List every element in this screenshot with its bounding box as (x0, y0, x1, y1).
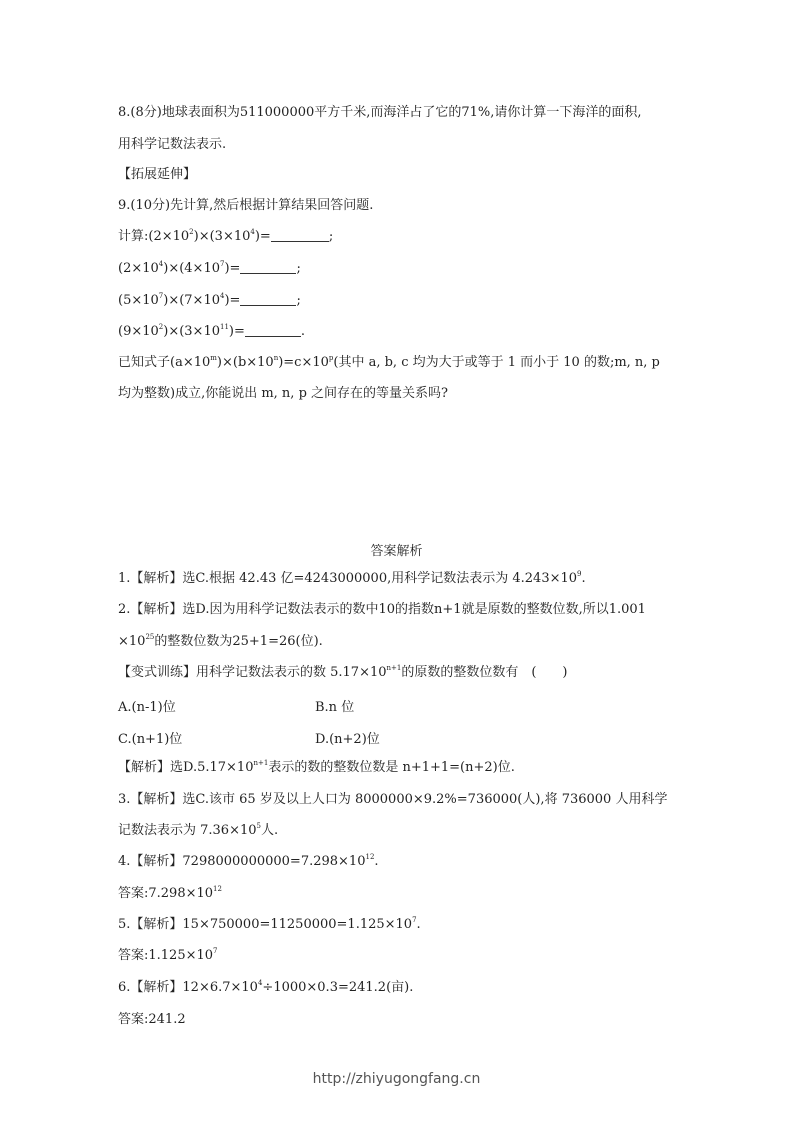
answers-title: 答案解析 (0, 540, 793, 559)
question-9-known-line-1: 已知式子(a×10m)×(b×10n)=c×10p(其中 a, b, c 均为大… (118, 354, 660, 372)
calc-row-4: (9×102)×(3×1011)=. (118, 323, 305, 341)
answer-5-result: 答案:1.125×107 (118, 947, 218, 965)
calc-row-1: 计算:(2×102)×(3×104)=; (118, 228, 333, 246)
answer-blank[interactable] (271, 229, 329, 242)
option-c: C.(n+1)位 (118, 728, 182, 747)
question-9-known-line-2: 均为整数)成立,你能说出 m, n, p 之间存在的等量关系吗? (118, 385, 448, 403)
answer-1: 1.【解析】选C.根据 42.43 亿=4243000000,用科学记数法表示为… (118, 570, 586, 588)
answer-blank[interactable] (240, 293, 296, 306)
extension-heading: 【拓展延伸】 (118, 166, 196, 184)
answer-2-line-1: 2.【解析】选D.因为用科学记数法表示的数中10的指数n+1就是原数的整数位数,… (118, 601, 646, 619)
question-8-line-1: 8.(8分)地球表面积为511000000平方千米,而海洋占了它的71%,请你计… (118, 104, 642, 122)
variant-answer: 【解析】选D.5.17×10n+1表示的数的整数位数是 n+1+1=(n+2)位… (118, 759, 515, 777)
answer-3-line-2: 记数法表示为 7.36×105人. (118, 822, 278, 840)
question-9-intro: 9.(10分)先计算,然后根据计算结果回答问题. (118, 197, 373, 215)
option-d: D.(n+2)位 (315, 728, 380, 747)
option-b: B.n 位 (315, 696, 354, 715)
calc-row-2: (2×104)×(4×107)=; (118, 260, 301, 278)
answer-3-line-1: 3.【解析】选C.该市 65 岁及以上人口为 8000000×9.2%=7360… (118, 791, 667, 809)
variant-training: 【变式训练】用科学记数法表示的数 5.17×10n+1的原数的整数位数有 ( ) (118, 664, 568, 682)
answer-blank[interactable] (240, 261, 296, 274)
question-8-line-2: 用科学记数法表示. (118, 136, 226, 154)
answer-5: 5.【解析】15×750000=11250000=1.125×107. (118, 916, 421, 934)
answer-4-result: 答案:7.298×1012 (118, 885, 222, 903)
footer-url[interactable]: http://zhiyugongfang.cn (0, 1071, 793, 1087)
answer-6-result: 答案:241.2 (118, 1011, 186, 1029)
answer-2-line-2: ×1025的整数位数为25+1=26(位). (118, 633, 323, 651)
answer-blank[interactable] (245, 324, 301, 337)
calc-prefix: 计算: (118, 229, 148, 244)
answer-6: 6.【解析】12×6.7×104÷1000×0.3=241.2(亩). (118, 979, 413, 997)
answer-4: 4.【解析】7298000000000=7.298×1012. (118, 853, 379, 871)
option-a: A.(n-1)位 (118, 696, 176, 715)
calc-row-3: (5×107)×(7×104)=; (118, 292, 301, 310)
